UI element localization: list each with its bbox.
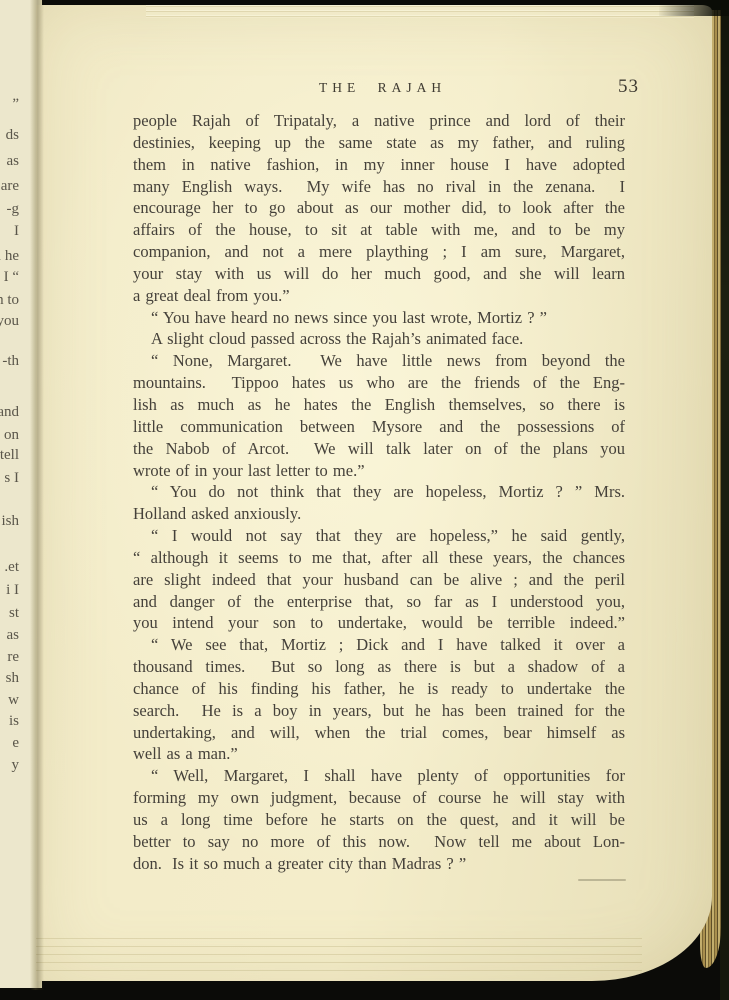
margin-text-fragment: tell [0, 446, 19, 464]
text-line: little communication between Mysore and … [133, 416, 625, 438]
text-line: them in native fashion, in my inner hous… [133, 154, 625, 176]
margin-text-fragment: as [0, 626, 19, 644]
text-line: destinies, keeping up the same state as … [133, 132, 625, 154]
text-line: the Nabob of Arcot. We will talk later o… [133, 438, 625, 460]
text-line: “ We see that, Mortiz ; Dick and I have … [133, 634, 625, 656]
text-line: “ Well, Margaret, I shall have plenty of… [133, 765, 625, 787]
text-line: many English ways. My wife has no rival … [133, 176, 625, 198]
text-line: and danger of the enterprise that, so fa… [133, 591, 625, 613]
text-line: chance of his finding his father, he is … [133, 678, 625, 700]
margin-text-fragment: re [0, 648, 19, 666]
text-line: are slight indeed that your husband can … [133, 569, 625, 591]
margin-text-fragment: sh [0, 669, 19, 687]
text-line: people Rajah of Tripataly, a native prin… [133, 110, 625, 132]
margin-text-fragment: n to [0, 291, 19, 309]
top-right-shadow [659, 0, 729, 16]
margin-text-fragment: st [0, 604, 19, 622]
text-line: thousand times. But so long as there is … [133, 656, 625, 678]
margin-text-fragment: “ I [0, 268, 19, 286]
book-edge-shadow [720, 0, 729, 1000]
text-line: affairs of the house, to sit at table wi… [133, 219, 625, 241]
margin-text-fragment: and [0, 403, 19, 421]
text-line: a great deal from you.” [133, 285, 625, 307]
text-line: “ You have heard no news since you last … [133, 307, 625, 329]
book-scan: ”dsasareg-Il he“ In toyouth-andontells I… [0, 0, 729, 1000]
margin-text-fragment: as [0, 152, 19, 170]
text-line: Holland asked anxiously. [133, 503, 625, 525]
book-page: THE RAJAH 53 people Rajah of Tripataly, … [36, 5, 712, 981]
margin-text-fragment: et. [0, 558, 19, 576]
text-line: lish as much as he hates the English the… [133, 394, 625, 416]
margin-text-fragment: th- [0, 352, 19, 370]
text-line: A slight cloud passed across the Rajah’s… [133, 328, 625, 350]
bottom-page-edges [36, 931, 642, 975]
text-line: mountains. Tippoo hates us who are the f… [133, 372, 625, 394]
margin-text-fragment: e [0, 734, 19, 752]
text-line: search. He is a boy in years, but he has… [133, 700, 625, 722]
margin-text-fragment: are [0, 177, 19, 195]
text-line: “ You do not think that they are hopeles… [133, 481, 625, 503]
text-line: well as a man.” [133, 743, 625, 765]
margin-text-fragment: on [0, 426, 19, 444]
margin-text-fragment: i I [0, 581, 19, 599]
page-gutter-crease [30, 0, 44, 990]
margin-text-fragment: ” [0, 95, 19, 113]
text-line: “ None, Margaret. We have little news fr… [133, 350, 625, 372]
margin-text-fragment: I [0, 222, 19, 240]
text-line: your stay with us will do her much good,… [133, 263, 625, 285]
margin-text-fragment: l he [0, 247, 19, 265]
text-line: companion, and not a mere plaything ; I … [133, 241, 625, 263]
margin-text-fragment: w [0, 691, 19, 709]
margin-text-fragment: is [0, 712, 19, 730]
text-line: wrote of in your last letter to me.” [133, 460, 625, 482]
text-line: forming my own judgment, because of cour… [133, 787, 625, 809]
margin-text-fragment: ish [0, 512, 19, 530]
running-header: THE RAJAH [319, 80, 446, 96]
text-line: undertaking, and will, when the trial co… [133, 722, 625, 744]
text-line: encourage her to go about as our mother … [133, 197, 625, 219]
margin-text-fragment: ds [0, 126, 19, 144]
text-line: “ although it seems to me that, after al… [133, 547, 625, 569]
text-line: better to say no more of this now. Now t… [133, 831, 625, 853]
top-page-edges [146, 5, 694, 18]
margin-text-fragment: you [0, 312, 19, 330]
text-line: “ I would not say that they are hopeless… [133, 525, 625, 547]
margin-text-fragment: g- [0, 200, 19, 218]
page-text: people Rajah of Tripataly, a native prin… [133, 110, 625, 875]
text-line: you intend your son to undertake, would … [133, 612, 625, 634]
page-number: 53 [618, 76, 639, 98]
text-line: don. Is it so much a greater city than M… [133, 853, 625, 875]
text-line: us a long time before he starts on the q… [133, 809, 625, 831]
pencil-mark [578, 879, 626, 881]
margin-text-fragment: s I [0, 469, 19, 487]
margin-text-fragment: y [0, 756, 19, 774]
